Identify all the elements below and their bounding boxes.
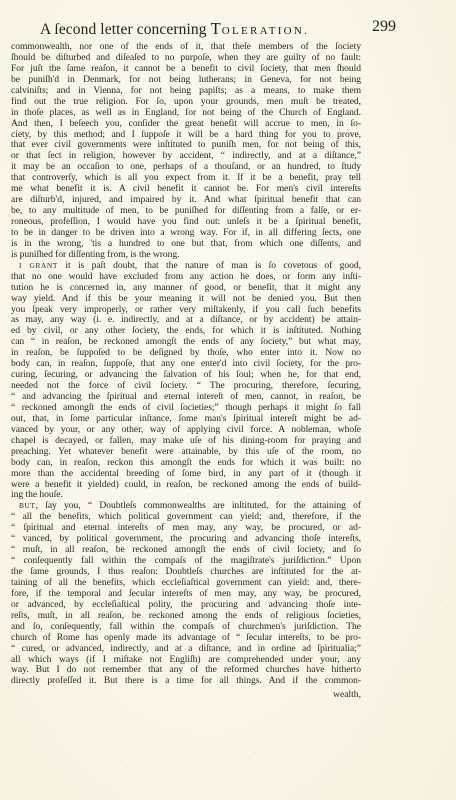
paragraph-2-first-text: it is paſt doubt, that the nature of man… — [58, 260, 361, 271]
text-line: in thoſe places, as well as in England, … — [11, 108, 361, 119]
paragraph-3-lead: BUT — [19, 501, 36, 510]
paragraph-2: I GRANT it is paſt doubt, that the natur… — [11, 261, 361, 502]
paper-speck — [390, 20, 391, 21]
paper-speck — [330, 762, 331, 763]
paragraph-3-first-text: , ſay you, “ Doubtleſs commonwealths are… — [36, 500, 361, 511]
text-line: preaching. Yet whatever benefit were att… — [11, 447, 361, 458]
text-line: tution he is concerned in, any manner of… — [11, 283, 361, 294]
text-line: “ cured, or advanced, indirectly, and at… — [11, 644, 361, 655]
paragraph-3: BUT, ſay you, “ Doubtleſs commonwealths … — [11, 501, 361, 687]
paper-speck — [410, 770, 411, 771]
paper-speck — [230, 746, 231, 747]
text-line: and ſo, conſequently, fall within the co… — [11, 622, 361, 633]
running-head: A ſecond letter concerning TOLERATION. 2… — [40, 19, 400, 39]
running-title-capital: T — [211, 19, 222, 38]
text-line: church of Rome has openly made its advan… — [11, 633, 361, 644]
paper-speck — [25, 520, 26, 521]
paragraph-1: commonwealth, nor one of the ends of it,… — [11, 42, 361, 261]
text-line: that no one would have excluded from any… — [11, 272, 361, 283]
paper-speck — [140, 790, 141, 791]
catchword: wealth, — [333, 689, 361, 700]
paper-speck — [255, 752, 256, 753]
text-line: were a benefit it yielded) could, in rea… — [11, 480, 361, 491]
text-line: directly profeſſed it. But there is a ti… — [11, 676, 361, 687]
running-title: A ſecond letter concerning TOLERATION. — [40, 19, 309, 39]
paper-speck — [430, 420, 431, 421]
text-line: And then, I beſeech you, conſider the gr… — [11, 119, 361, 130]
paper-speck — [440, 600, 441, 601]
text-line: way yield. And if this be your meaning i… — [11, 294, 361, 305]
paper-speck — [120, 760, 121, 761]
running-title-smallcaps: OLERATION. — [222, 25, 309, 37]
page-number: 299 — [372, 18, 396, 36]
paper-speck — [50, 30, 51, 31]
text-line: find out the true religion. For ſo, upon… — [11, 97, 361, 108]
running-title-text: A ſecond letter concerning — [40, 21, 211, 38]
book-page: A ſecond letter concerning TOLERATION. 2… — [0, 0, 456, 800]
paper-speck — [420, 60, 421, 61]
text-line: more than the accidental breeding of ſom… — [11, 469, 361, 480]
text-line: body can, in reaſon, reckon this amongſt… — [11, 458, 361, 469]
body-text: commonwealth, nor one of the ends of it,… — [11, 42, 361, 687]
paper-speck — [300, 790, 301, 791]
paper-speck — [60, 748, 61, 749]
paragraph-2-lead: I GRANT — [19, 261, 58, 270]
paper-speck — [200, 10, 201, 11]
